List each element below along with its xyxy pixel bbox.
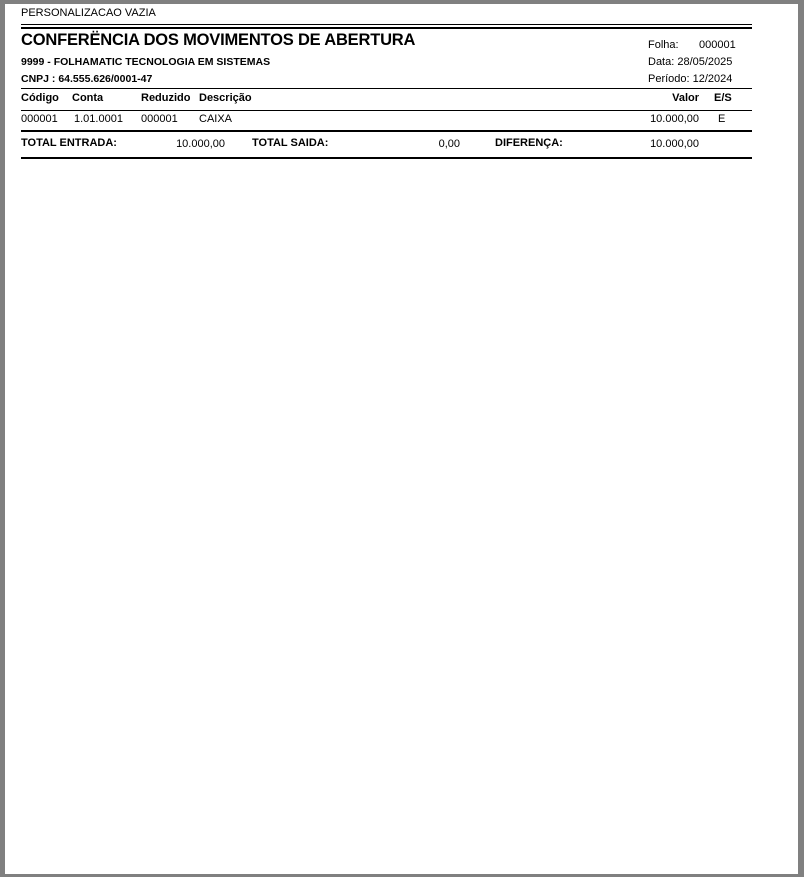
column-header-descricao: Descrição [199, 92, 252, 104]
column-header-top-line [21, 88, 752, 89]
column-header-valor: Valor [645, 92, 699, 104]
personalization-label: PERSONALIZACAO VAZIA [21, 7, 156, 19]
total-entrada-label: TOTAL ENTRADA: [21, 137, 117, 149]
report-title: CONFERËNCIA DOS MOVIMENTOS DE ABERTURA [21, 31, 415, 50]
totals-top-line [21, 130, 752, 132]
report-page: PERSONALIZACAO VAZIA CONFERËNCIA DOS MOV… [5, 4, 798, 874]
row-es: E [718, 113, 725, 125]
row-codigo: 000001 [21, 113, 58, 125]
folha-label: Folha: [648, 39, 679, 51]
folha-value: 000001 [699, 39, 736, 51]
row-reduzido: 000001 [141, 113, 178, 125]
totals-bottom-line [21, 157, 752, 159]
column-header-conta: Conta [72, 92, 103, 104]
column-header-codigo: Código [21, 92, 59, 104]
total-entrada-value: 10.000,00 [155, 138, 225, 150]
total-saida-value: 0,00 [405, 138, 460, 150]
row-conta: 1.01.0001 [74, 113, 123, 125]
diferenca-value: 10.000,00 [635, 138, 699, 150]
header-double-line-top [21, 24, 752, 25]
column-header-reduzido: Reduzido [141, 92, 191, 104]
column-header-es: E/S [714, 92, 732, 104]
row-descricao: CAIXA [199, 113, 232, 125]
report-date: Data: 28/05/2025 [648, 56, 732, 68]
header-double-line-bottom [21, 27, 752, 29]
report-period: Período: 12/2024 [648, 73, 732, 85]
column-header-bottom-line [21, 110, 752, 111]
company-cnpj: CNPJ : 64.555.626/0001-47 [21, 73, 152, 85]
row-valor: 10.000,00 [635, 113, 699, 125]
diferenca-label: DIFERENÇA: [495, 137, 563, 149]
company-name: 9999 - FOLHAMATIC TECNOLOGIA EM SISTEMAS [21, 56, 270, 68]
total-saida-label: TOTAL SAIDA: [252, 137, 328, 149]
